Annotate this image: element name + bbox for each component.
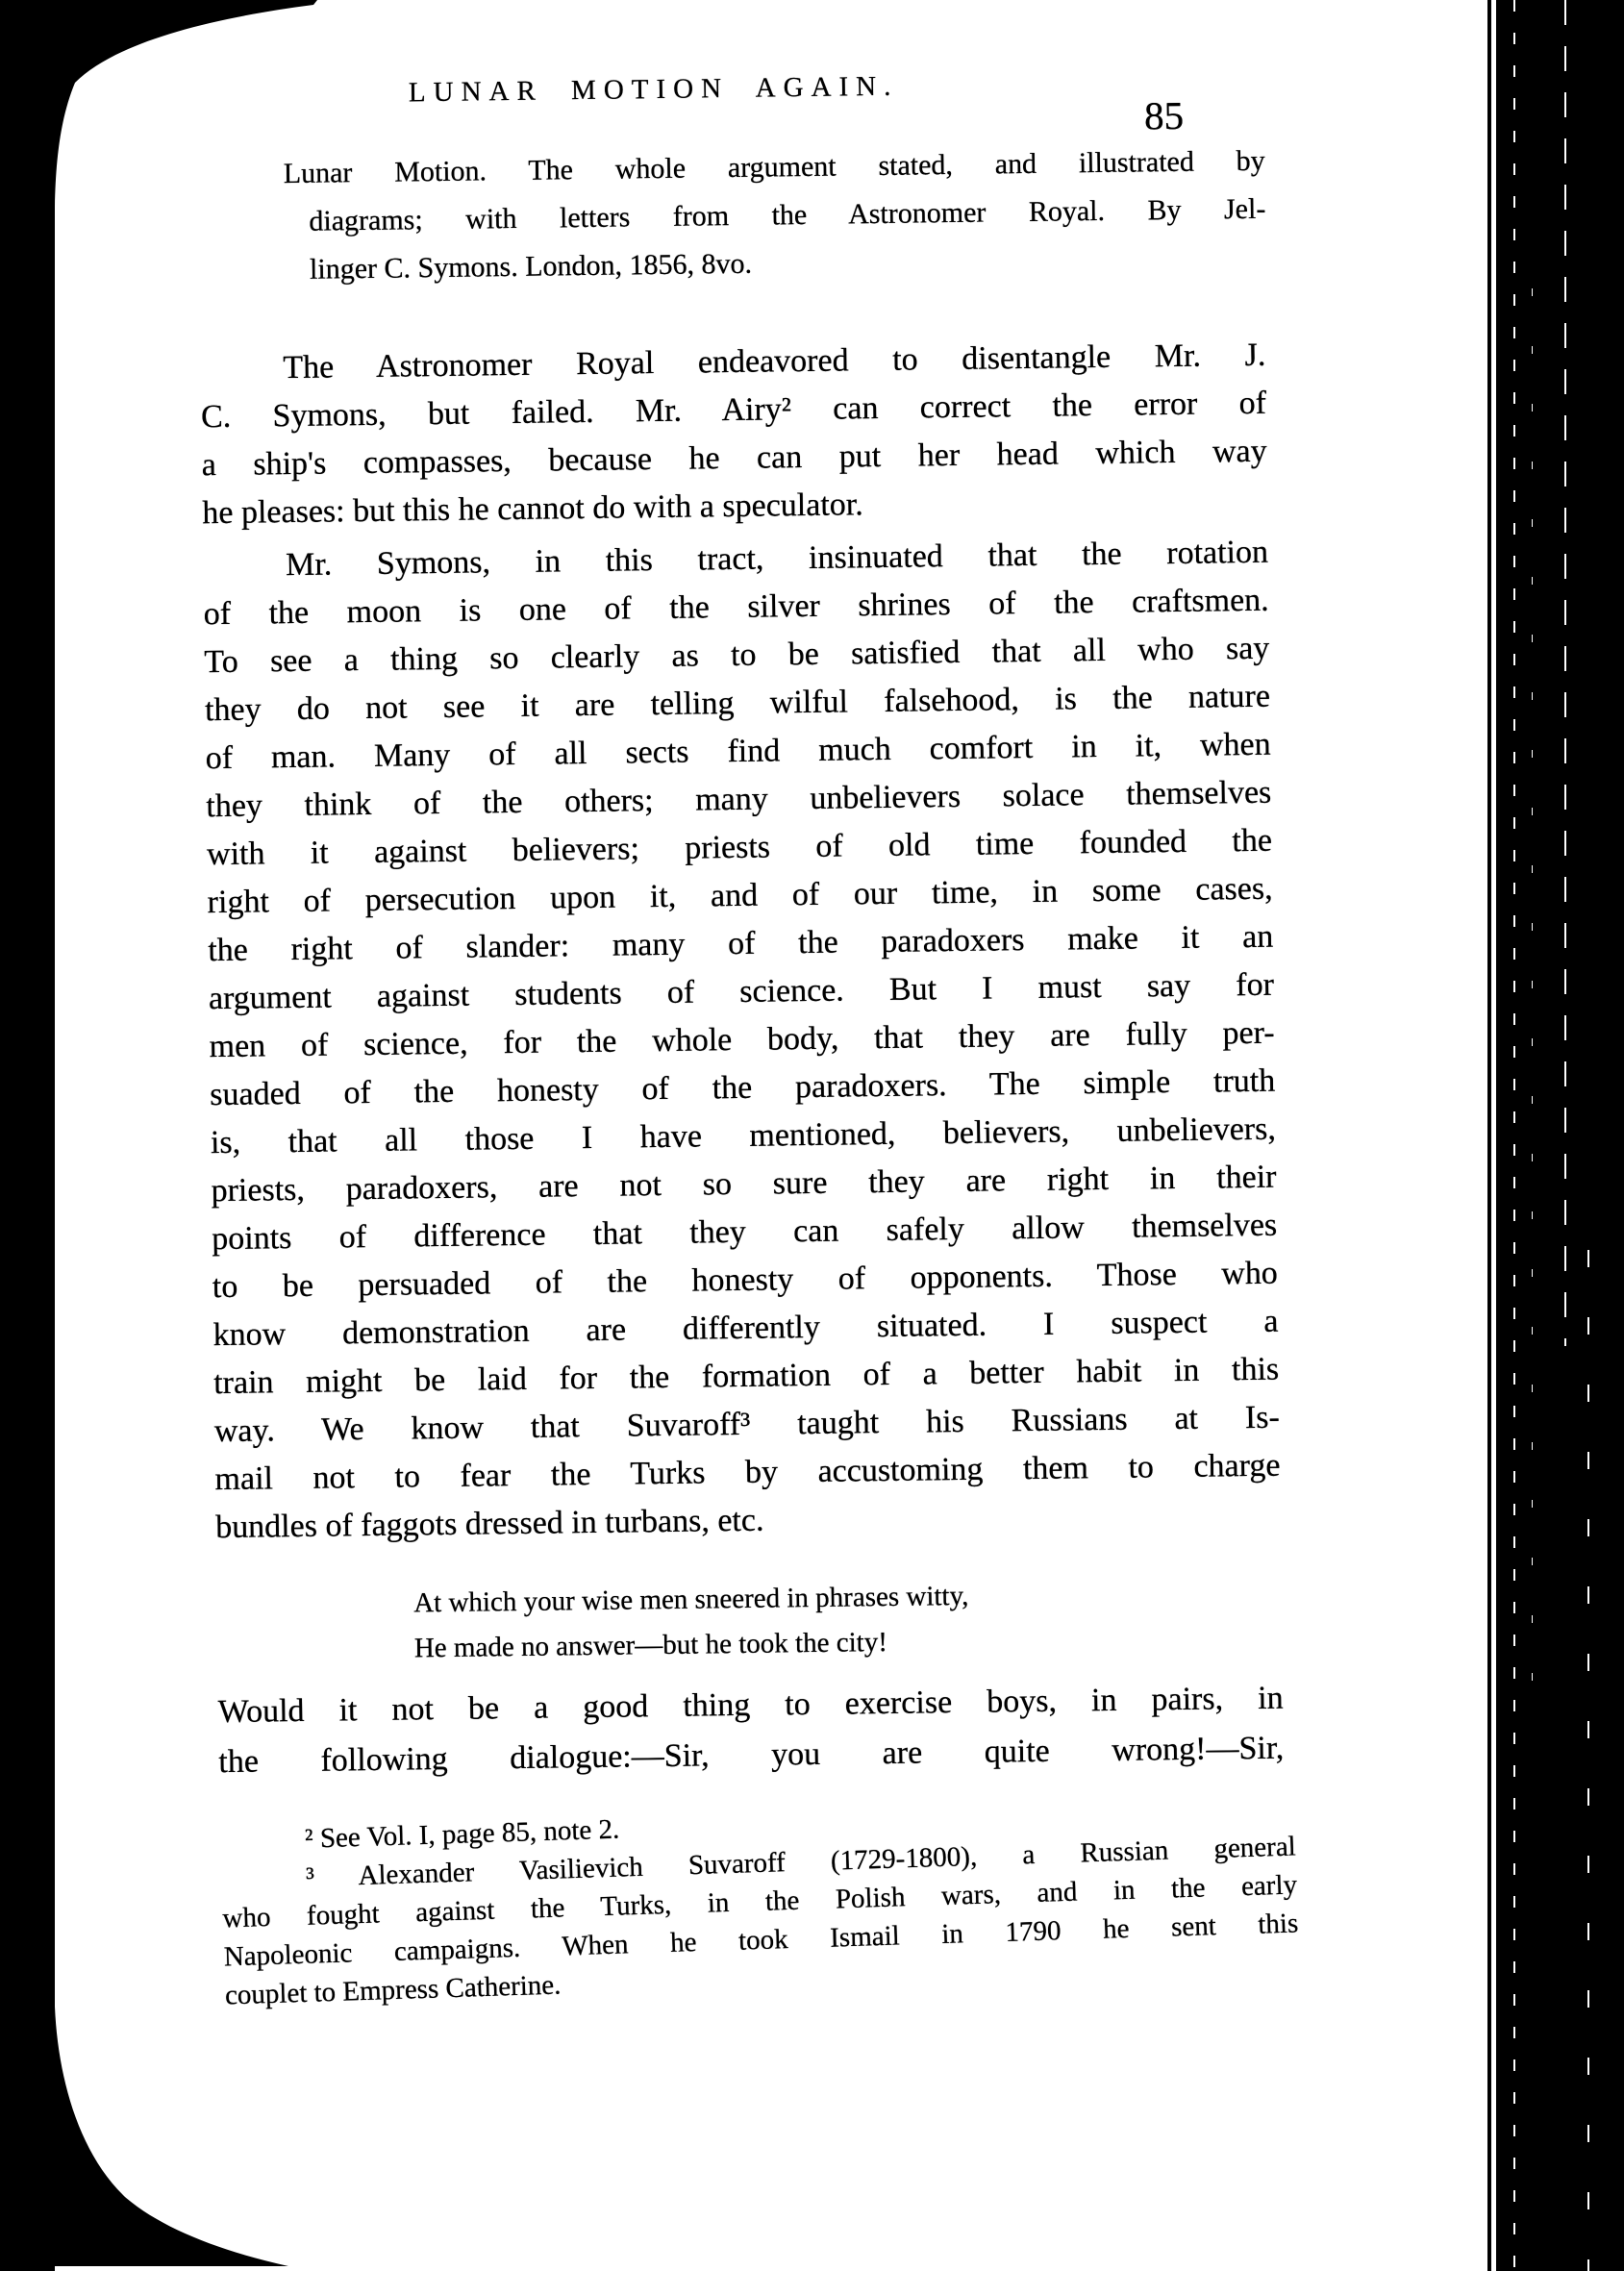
running-title: LUNAR MOTION AGAIN. (196, 68, 1110, 112)
couplet-line: He made no answer—but he took the city! (414, 1619, 970, 1672)
scan-hairline (1587, 1250, 1589, 2271)
couplet-block: At which your wise men sneered in phrase… (413, 1574, 969, 1672)
scan-gap-line (1491, 0, 1496, 2271)
left-scan-border (0, 0, 55, 2271)
paragraph-1: The Astronomer Royal endeavored to disen… (200, 332, 1268, 537)
page-number: 85 (1144, 92, 1185, 139)
citation-block: Lunar Motion. The whole argument stated,… (308, 137, 1266, 294)
scan-hairline (1513, 0, 1515, 2271)
paragraph-2: Mr. Symons, in this tract, insinuated th… (203, 529, 1282, 1552)
footnotes-block: ² See Vol. I, page 85, note 2. ³ Alexand… (219, 1788, 1300, 2014)
paragraph-3: Would it not be a good thing to exercise… (217, 1674, 1284, 1787)
scan-hairline (1532, 288, 1533, 1731)
scan-hairline (1564, 0, 1566, 1346)
page: LUNAR MOTION AGAIN. 85 Lunar Motion. The… (195, 0, 1290, 2271)
couplet-line: At which your wise men sneered in phrase… (413, 1574, 969, 1627)
right-scan-border (1487, 0, 1624, 2271)
